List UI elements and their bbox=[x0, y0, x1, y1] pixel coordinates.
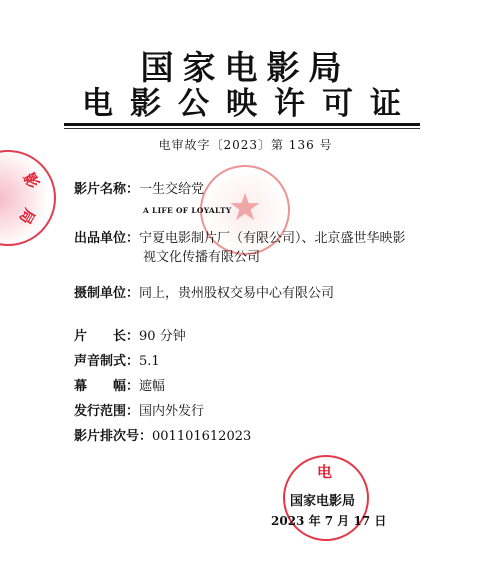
field-screen: 幕 幅：遮幅 bbox=[74, 377, 165, 397]
field-producer: 出品单位：宁夏电影制片厂（有限公司）、北京盛世华映影 bbox=[74, 229, 406, 249]
field-label: 幕 幅： bbox=[74, 379, 139, 394]
field-value: 001101612023 bbox=[152, 429, 251, 444]
field-value: 国内外发行 bbox=[139, 404, 204, 419]
field-label: 声音制式： bbox=[74, 354, 139, 369]
field-serial: 影片排次号：001101612023 bbox=[74, 427, 251, 447]
field-value: 遮幅 bbox=[139, 379, 165, 394]
seal-char: 影 bbox=[19, 169, 45, 193]
field-label: 发行范围： bbox=[74, 404, 139, 419]
footer-issuer: 国家电影局 bbox=[290, 490, 355, 509]
seal-char: 局 bbox=[15, 205, 41, 229]
field-label: 片 长： bbox=[74, 329, 139, 344]
official-seal-left: 影 局 bbox=[0, 150, 56, 246]
issue-date: 2023 年 7 月 17 日 bbox=[271, 512, 386, 529]
field-label: 影片排次号： bbox=[74, 429, 152, 444]
field-producer-line2: 视文化传播有限公司 bbox=[143, 248, 260, 268]
field-value: 90 分钟 bbox=[139, 329, 186, 344]
title-rule-thick bbox=[64, 123, 420, 126]
field-length: 片 长：90 分钟 bbox=[74, 327, 186, 347]
seal-char: 电 bbox=[317, 461, 332, 482]
field-value: 同上，贵州股权交易中心有限公司 bbox=[139, 286, 334, 301]
document-number: 电审故字〔2023〕第 136 号 bbox=[0, 136, 491, 153]
field-value: 宁夏电影制片厂（有限公司）、北京盛世华映影 bbox=[139, 231, 406, 246]
field-value: 5.1 bbox=[139, 354, 160, 369]
title-rule-thin bbox=[64, 128, 420, 129]
field-production: 摄制单位：同上，贵州股权交易中心有限公司 bbox=[74, 284, 334, 304]
field-value: 一生交给党 bbox=[139, 182, 204, 197]
film-english-title: A LIFE OF LOYALTY bbox=[143, 206, 232, 215]
document-title: 电影公映许可证 bbox=[60, 78, 430, 123]
field-label: 影片名称： bbox=[74, 182, 139, 197]
field-film-name: 影片名称：一生交给党 bbox=[74, 180, 204, 200]
star-icon: ★ bbox=[228, 185, 262, 229]
field-label: 摄制单位： bbox=[74, 286, 139, 301]
field-sound: 声音制式：5.1 bbox=[74, 352, 160, 372]
field-distribution: 发行范围：国内外发行 bbox=[74, 402, 204, 422]
field-label: 出品单位： bbox=[74, 231, 139, 246]
